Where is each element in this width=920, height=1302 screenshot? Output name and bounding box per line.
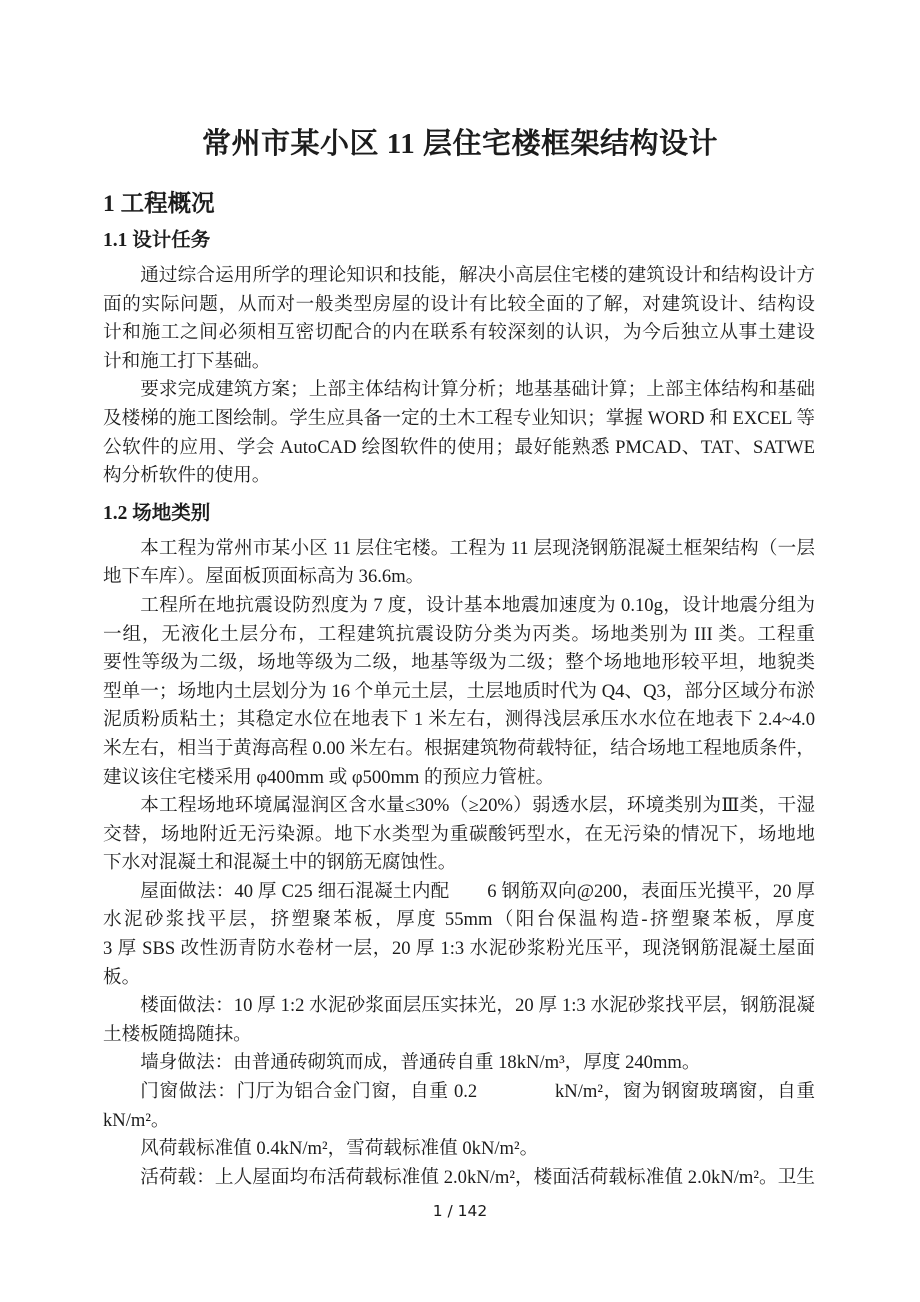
paragraph: 本工程为常州市某小区 11 层住宅楼。工程为 11 层现浇钢筋混凝土框架结构（一… [103,535,815,592]
paragraph: 活荷载：上人屋面均布活荷载标准值 2.0kN/m²，楼面活荷载标准值 2.0kN… [103,1164,815,1193]
paragraph-line: 交替，场地附近无污染源。地下水类型为重碳酸钙型水，在无污染的情况下，场地地 [103,821,815,850]
page-footer: 1 / 142 [0,1202,920,1220]
paragraph-line: 建议该住宅楼采用 φ400mm 或 φ500mm 的预应力管桩。 [103,764,815,793]
paragraph-line: 本工程场地环境属湿润区含水量≤30%（≥20%）弱透水层，环境类别为Ⅲ类，干湿 [103,792,815,821]
paragraph: 本工程场地环境属湿润区含水量≤30%（≥20%）弱透水层，环境类别为Ⅲ类，干湿交… [103,792,815,878]
paragraph-line: 泥质粉质粘土；其稳定水位在地表下 1 米左右，测得浅层承压水水位在地表下 2.4… [103,706,815,735]
section-heading: 1 工程概况 [103,190,815,218]
subsection-heading: 1.1 设计任务 [103,228,815,254]
paragraph-line: 要求完成建筑方案；上部主体结构计算分析；地基基础计算；上部主体结构和基础 [103,376,815,405]
paragraph-line: 土楼板随捣随抹。 [103,1021,815,1050]
paragraph-line: 风荷载标准值 0.4kN/m²，雪荷载标准值 0kN/m²。 [103,1135,815,1164]
paragraph-line: kN/m²。 [103,1107,815,1136]
paragraph-line: 型单一；场地内土层划分为 16 个单元土层，土层地质时代为 Q4、Q3，部分区域… [103,678,815,707]
paragraph-line: 米左右，相当于黄海高程 0.00 米左右。根据建筑物荷载特征，结合场地工程地质条… [103,735,815,764]
paragraph: 门窗做法：门厅为铝合金门窗，自重 0.2 kN/m²，窗为钢窗玻璃窗，自重 0.… [103,1078,815,1135]
paragraph-line: 一组，无液化土层分布，工程建筑抗震设防分类为丙类。场地类别为 III 类。工程重 [103,621,815,650]
paragraph-line: 构分析软件的使用。 [103,462,815,491]
paragraph-line: 水泥砂浆找平层，挤塑聚苯板，厚度 55mm（阳台保温构造-挤塑聚苯板，厚度 30… [103,906,815,935]
paragraph: 墙身做法：由普通砖砌筑而成，普通砖自重 18kN/m³，厚度 240mm。 [103,1049,815,1078]
paragraph-line: 计和施工打下基础。 [103,348,815,377]
paragraph-line: 地下车库）。屋面板顶面标高为 36.6m。 [103,563,815,592]
paragraph: 通过综合运用所学的理论知识和技能，解决小高层住宅楼的建筑设计和结构设计方面的实际… [103,262,815,376]
paragraph-line: 楼面做法：10 厚 1:2 水泥砂浆面层压实抹光，20 厚 1:3 水泥砂浆找平… [103,992,815,1021]
document-page: 常州市某小区 11 层住宅楼框架结构设计 1 工程概况1.1 设计任务通过综合运… [0,0,920,1302]
paragraph: 工程所在地抗震设防烈度为 7 度，设计基本地震加速度为 0.10g，设计地震分组… [103,592,815,792]
paragraph: 风荷载标准值 0.4kN/m²，雪荷载标准值 0kN/m²。 [103,1135,815,1164]
paragraph-line: 本工程为常州市某小区 11 层住宅楼。工程为 11 层现浇钢筋混凝土框架结构（一… [103,535,815,564]
paragraph: 要求完成建筑方案；上部主体结构计算分析；地基基础计算；上部主体结构和基础及楼梯的… [103,376,815,490]
paragraph-line: 计和施工之间必须相互密切配合的内在联系有较深刻的认识，为今后独立从事土建设 [103,319,815,348]
paragraph-line: 3 厚 SBS 改性沥青防水卷材一层，20 厚 1:3 水泥砂浆粉光压平，现浇钢… [103,935,815,964]
subsection-heading: 1.2 场地类别 [103,501,815,527]
paragraph-line: 公软件的应用、学会 AutoCAD 绘图软件的使用；最好能熟悉 PMCAD、TA… [103,434,815,463]
document-title: 常州市某小区 11 层住宅楼框架结构设计 [0,0,920,164]
paragraph-line: 通过综合运用所学的理论知识和技能，解决小高层住宅楼的建筑设计和结构设计方 [103,262,815,291]
paragraph-line: 及楼梯的施工图绘制。学生应具备一定的土木工程专业知识；掌握 WORD 和 EXC… [103,405,815,434]
paragraph-line: 活荷载：上人屋面均布活荷载标准值 2.0kN/m²，楼面活荷载标准值 2.0kN… [103,1164,815,1193]
paragraph-line: 墙身做法：由普通砖砌筑而成，普通砖自重 18kN/m³，厚度 240mm。 [103,1049,815,1078]
paragraph-line: 屋面做法：40 厚 C25 细石混凝土内配 6 钢筋双向@200，表面压光摸平，… [103,878,815,907]
page-number: 1 / 142 [433,1202,488,1220]
paragraph-line: 门窗做法：门厅为铝合金门窗，自重 0.2 kN/m²，窗为钢窗玻璃窗，自重 0.… [103,1078,815,1107]
paragraph: 屋面做法：40 厚 C25 细石混凝土内配 6 钢筋双向@200，表面压光摸平，… [103,878,815,992]
paragraph: 楼面做法：10 厚 1:2 水泥砂浆面层压实抹光，20 厚 1:3 水泥砂浆找平… [103,992,815,1049]
paragraph-line: 下水对混凝土和混凝土中的钢筋无腐蚀性。 [103,849,815,878]
paragraph-line: 面的实际问题，从而对一般类型房屋的设计有比较全面的了解，对建筑设计、结构设 [103,291,815,320]
paragraph-line: 工程所在地抗震设防烈度为 7 度，设计基本地震加速度为 0.10g，设计地震分组… [103,592,815,621]
paragraph-line: 要性等级为二级，场地等级为二级，地基等级为二级；整个场地地形较平坦，地貌类 [103,649,815,678]
paragraph-line: 板。 [103,964,815,993]
document-body: 1 工程概况1.1 设计任务通过综合运用所学的理论知识和技能，解决小高层住宅楼的… [103,190,815,1192]
